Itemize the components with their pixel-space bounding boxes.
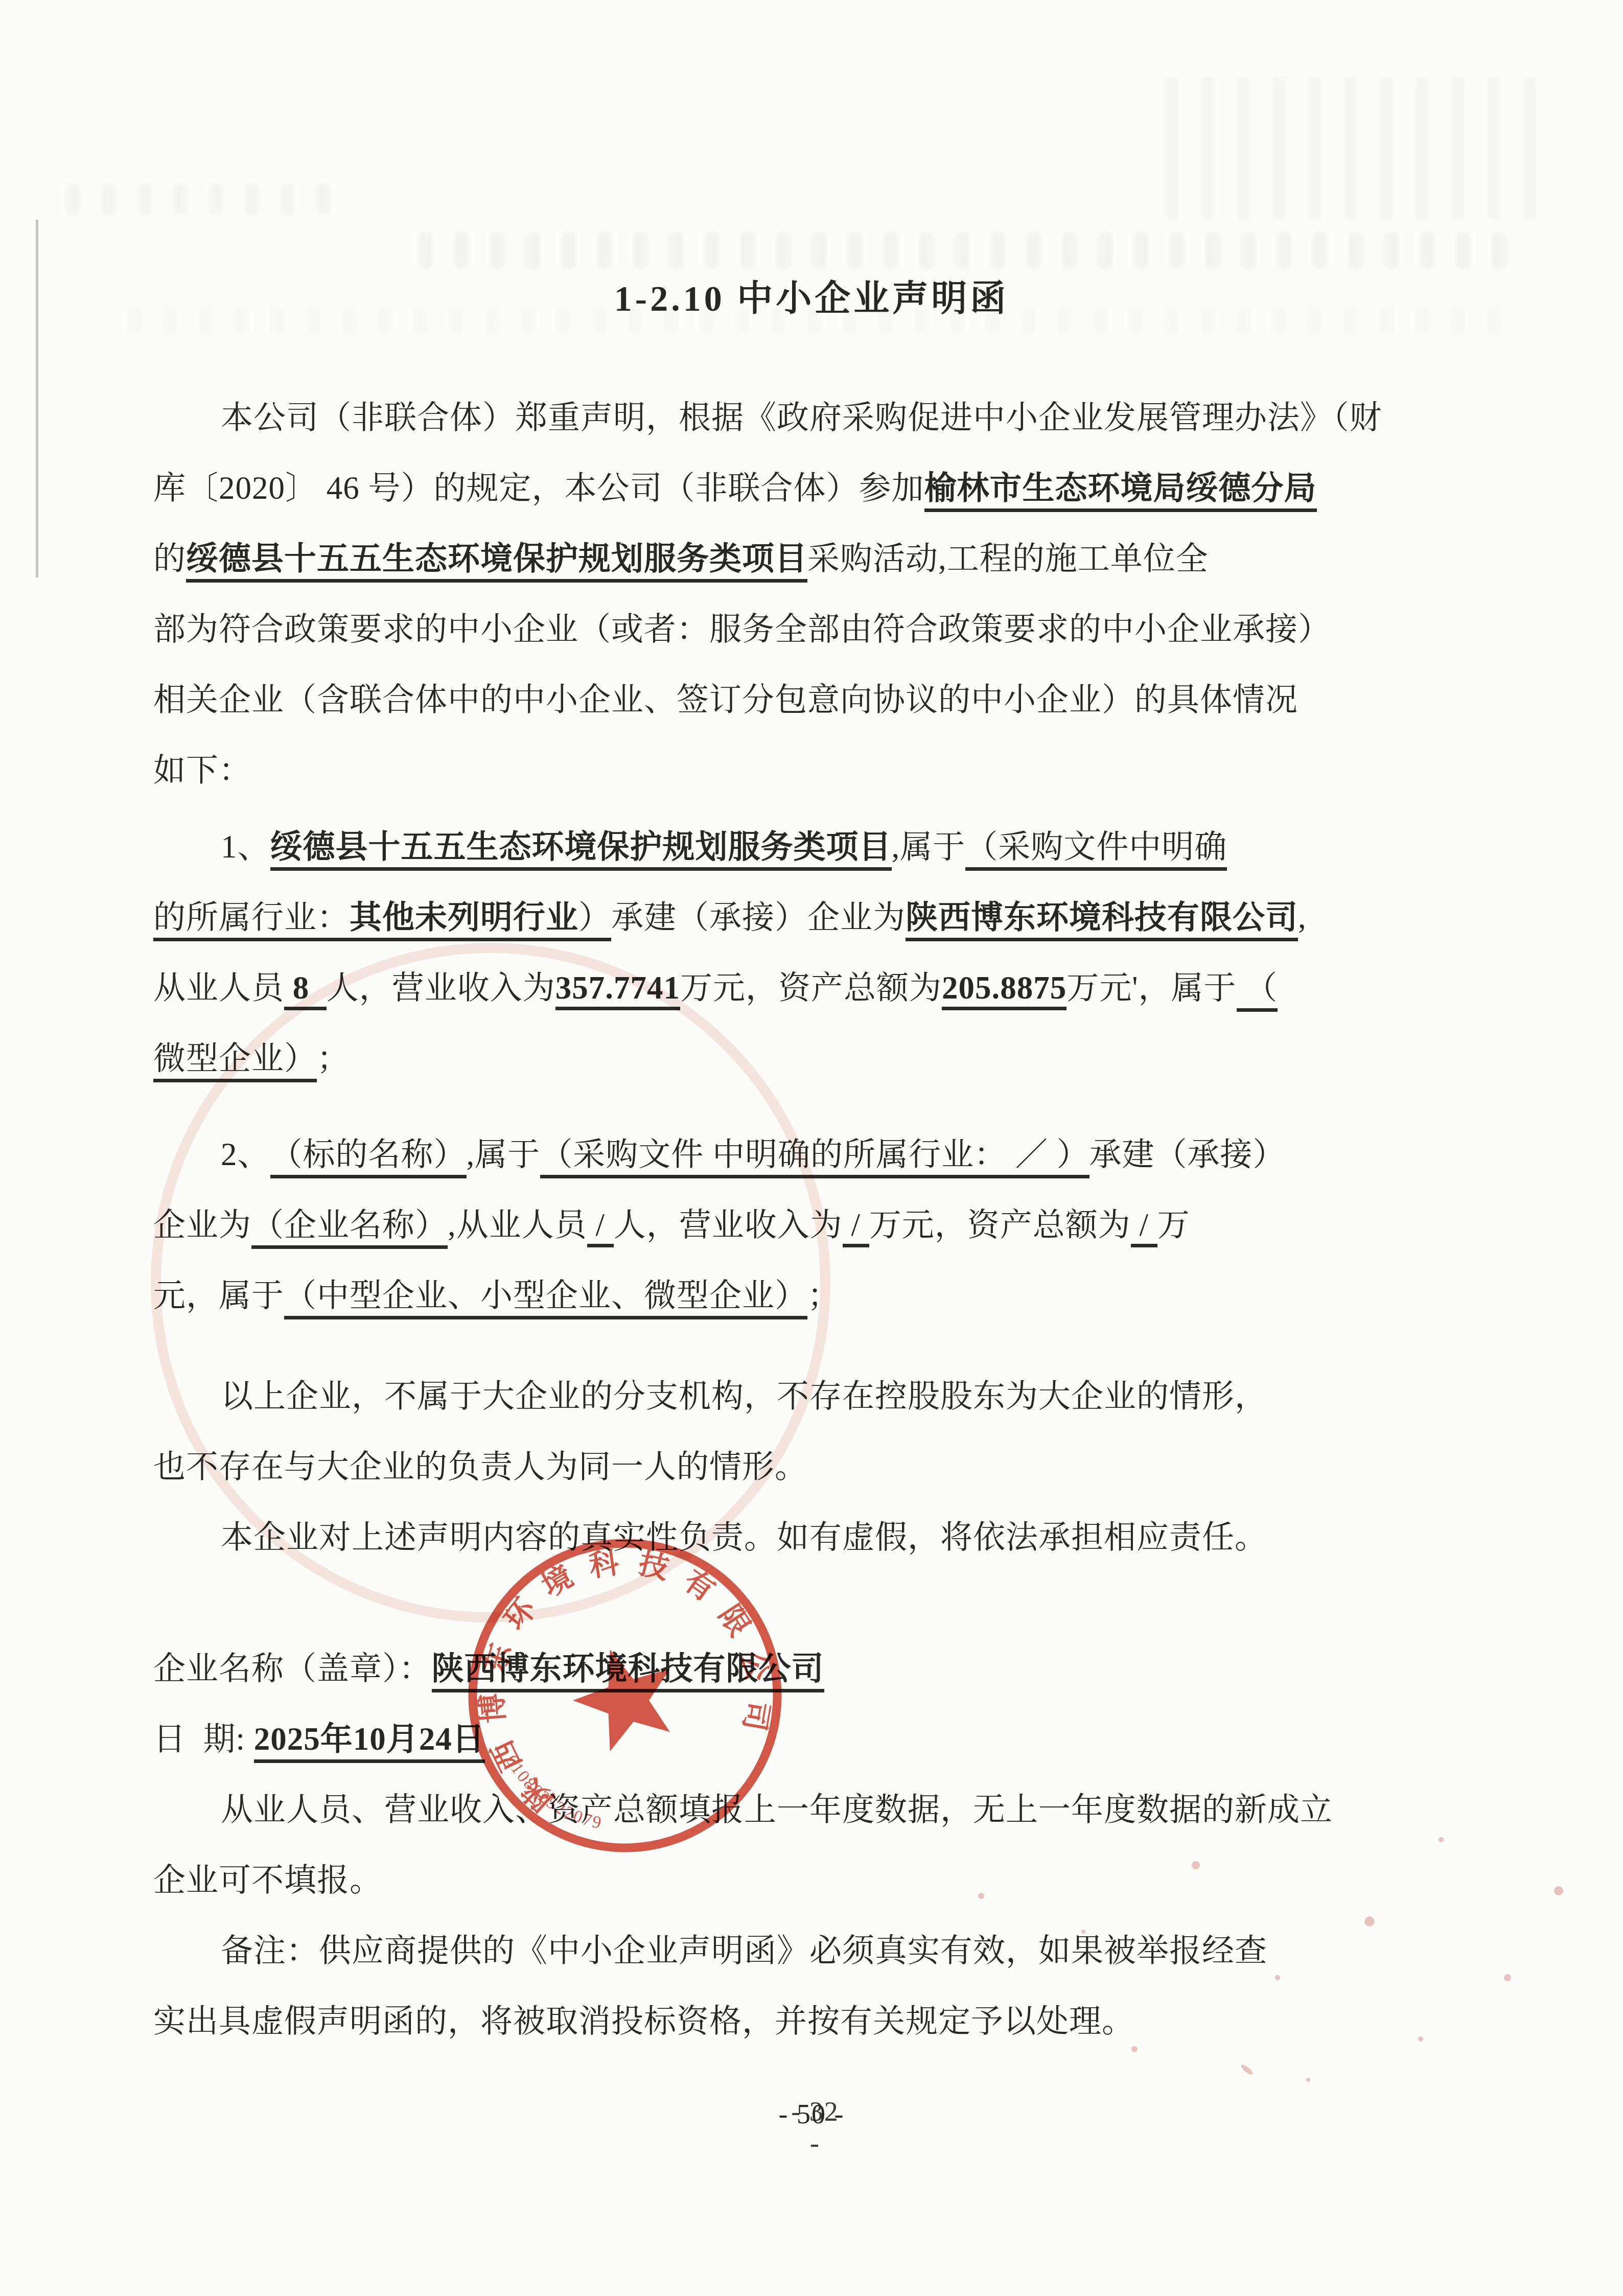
text-segment: 企业名称（盖章）： bbox=[153, 1642, 432, 1689]
document-page: 1-2.10 中小企业声明函 本公司（非联合体）郑重声明，根据《政府采购促进中小… bbox=[0, 0, 1623, 2296]
text-segment: 绥德县十五五生态环境保护规划服务类项目 bbox=[270, 821, 892, 871]
text-line: 的绥德县十五五生态环境保护规划服务类项目采购活动,工程的施工单位全 bbox=[153, 523, 1513, 594]
text-segment: 1、 bbox=[221, 821, 270, 867]
text-line: 相关企业（含联合体中的中小企业、签订分包意向协议的中小企业）的具体情况 bbox=[153, 664, 1513, 735]
page-number-overprint: - 32 - bbox=[786, 2096, 845, 2159]
text-segment: ,属于 bbox=[892, 821, 966, 867]
text-line: 库〔2020〕 46 号）的规定，本公司（非联合体）参加榆林市生态环境局绥德分局 bbox=[153, 453, 1513, 523]
scan-artifact bbox=[66, 184, 332, 215]
text-segment: 承建（承接）企业为 bbox=[611, 891, 906, 938]
text-segment: 2025年10月24日 bbox=[254, 1713, 485, 1763]
text-segment: / bbox=[843, 1207, 869, 1247]
text-segment: / bbox=[1131, 1207, 1157, 1247]
paragraph: 企业名称（盖章）：陕西博东环境科技有限公司 bbox=[153, 1633, 1513, 1704]
page-title: 1-2.10 中小企业声明函 bbox=[0, 270, 1623, 321]
page-footer: - 50 - - 32 - bbox=[0, 2098, 1623, 2130]
text-line: 本公司（非联合体）郑重声明，根据《政府采购促进中小企业发展管理办法》（财 bbox=[153, 382, 1513, 453]
text-line: 部为符合政策要求的中小企业（或者：服务全部由符合政策要求的中小企业承接） bbox=[153, 594, 1513, 664]
text-line: 如下： bbox=[153, 735, 1513, 805]
text-segment: 榆林市生态环境局绥德分局 bbox=[924, 462, 1317, 512]
text-segment: 采购活动,工程的施工单位全 bbox=[807, 532, 1209, 579]
text-line: 企业名称（盖章）：陕西博东环境科技有限公司 bbox=[153, 1633, 1513, 1704]
text-segment: 本公司（非联合体）郑重声明，根据《政府采购促进中小企业发展管理办法》（财 bbox=[221, 391, 1382, 438]
paragraph: 本公司（非联合体）郑重声明，根据《政府采购促进中小企业发展管理办法》（财库〔20… bbox=[153, 382, 1513, 805]
text-segment: 库〔2020〕 46 号）的规定，本公司（非联合体）参加 bbox=[153, 462, 924, 508]
text-line: 1、绥德县十五五生态环境保护规划服务类项目,属于（采购文件中明确 bbox=[153, 811, 1513, 882]
text-segment: 相关企业（含联合体中的中小企业、签订分包意向协议的中小企业）的具体情况 bbox=[153, 674, 1298, 720]
text-segment: 万 bbox=[1157, 1199, 1190, 1245]
text-segment: 陕西博东环境科技有限公司 bbox=[906, 891, 1298, 941]
text-segment: 万元，资产总额为 bbox=[869, 1199, 1131, 1245]
text-segment: （采购文件中明确 bbox=[965, 821, 1227, 871]
text-segment: （ bbox=[1237, 962, 1278, 1012]
ink-speckles bbox=[920, 1763, 1623, 2146]
text-segment: 的所属行业： bbox=[153, 891, 350, 941]
text-segment: , bbox=[1298, 899, 1307, 936]
text-segment: 企业可不填报。 bbox=[153, 1854, 382, 1900]
text-segment: 日 期: bbox=[153, 1713, 254, 1759]
text-segment: 的 bbox=[153, 532, 186, 579]
text-segment: 万元'，属于 bbox=[1066, 962, 1236, 1008]
text-segment: 其他未列明行业 bbox=[350, 891, 578, 941]
text-segment: 承建（承接） bbox=[1089, 1128, 1286, 1175]
text-segment: ） bbox=[578, 891, 611, 941]
seal-star-icon bbox=[562, 1634, 689, 1757]
scan-artifact bbox=[1165, 77, 1554, 220]
text-segment: 205.8875 bbox=[942, 969, 1066, 1010]
scan-artifact bbox=[419, 233, 1518, 268]
text-segment: 如下： bbox=[153, 744, 251, 791]
page-number: - 50 - - 32 - bbox=[779, 2098, 845, 2130]
text-segment: 绥德县十五五生态环境保护规划服务类项目 bbox=[186, 532, 807, 583]
text-segment: 部为符合政策要求的中小企业（或者：服务全部由符合政策要求的中小企业承接） bbox=[153, 603, 1331, 650]
company-seal-stamp: 陕西博东环境科技有限公司 610802522079 bbox=[456, 1524, 794, 1862]
